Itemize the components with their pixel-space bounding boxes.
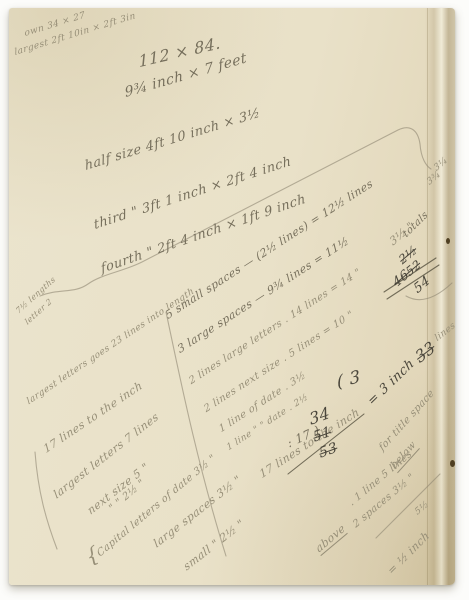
note-num-33: 33 — [413, 339, 438, 366]
note-above-label: above — [314, 522, 348, 556]
handwriting-layer: own 34 × 27largest 2ft 10in × 2ft 3in112… — [0, 0, 469, 600]
scan-background: own 34 × 27largest 2ft 10in × 2ft 3in112… — [0, 0, 469, 600]
note-half-size: half size 4ft 10 inch × 3½ — [84, 106, 261, 172]
note-paren-3: ( 3 — [336, 369, 362, 392]
note-num-53: 53 — [318, 441, 339, 461]
note-result-3inch: = 3 inch — [366, 357, 417, 409]
note-br-halfinch: = ½ inch — [386, 529, 431, 577]
note-word-lines: lines — [434, 321, 457, 344]
note-rc-threequarter: 3¾ — [426, 170, 443, 188]
note-rc-54: 54 — [412, 274, 432, 296]
note-left-small: small " 2½ " — [182, 517, 246, 572]
note-br-5half: 5½ — [414, 500, 431, 518]
